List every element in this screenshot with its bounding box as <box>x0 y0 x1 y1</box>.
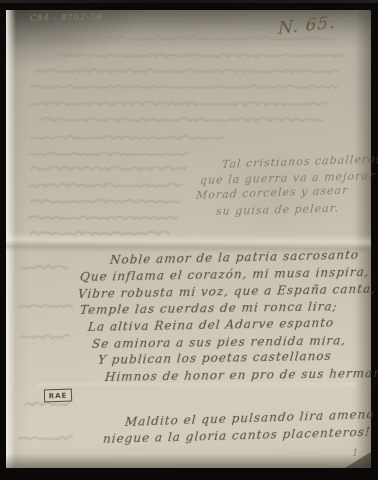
archive-stamp: RAE <box>44 389 72 403</box>
corner-tick-mark: ’ <box>358 10 362 23</box>
showthrough-line <box>30 82 338 94</box>
showthrough-line <box>58 50 343 62</box>
light-streak <box>36 383 356 386</box>
showthrough-line <box>28 148 188 160</box>
stanza-line: La altiva Reina del Adarve espanto <box>87 316 334 334</box>
stanza-line: Y publican los poetas castellanos <box>97 349 332 367</box>
bottom-edge-shadow <box>6 454 371 468</box>
showthrough-line <box>30 164 188 176</box>
showthrough-line <box>30 131 225 143</box>
showthrough-line <box>30 228 170 240</box>
stanza-line: Vibre robusta mi voz, que a España canta… <box>77 282 376 301</box>
showthrough-line <box>18 432 73 444</box>
showthrough-line <box>18 300 73 312</box>
showthrough-line <box>28 180 183 192</box>
page-number-mark: 1 <box>352 448 358 459</box>
stanza-line: Himnos de honor en pro de sus hermanos <box>104 366 378 384</box>
stanza-line: Temple las cuerdas de mi ronca lira; <box>79 299 338 317</box>
showthrough-line <box>34 66 339 78</box>
scanned-page-background: C84 - 8702-56 N. 65. ’ Tal cristianos ca… <box>0 0 378 480</box>
scanner-edge <box>0 0 378 3</box>
stanza-line: Que inflama el corazón, mi musa inspira, <box>79 265 370 284</box>
showthrough-line <box>30 99 328 111</box>
manuscript-page: C84 - 8702-56 N. 65. ’ Tal cristianos ca… <box>6 10 371 468</box>
showthrough-line <box>20 332 70 344</box>
showthrough-line <box>28 213 178 225</box>
showthrough-line <box>40 114 323 126</box>
showthrough-line <box>20 262 68 274</box>
pencil-inscription: C84 - 8702-56 <box>30 12 103 22</box>
showthrough-line <box>30 196 180 208</box>
